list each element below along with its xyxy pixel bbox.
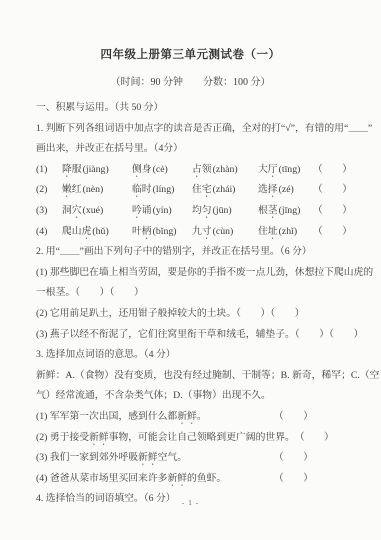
word-with-pinyin: 住宅(zhái): [192, 180, 258, 201]
word-with-pinyin: 吟诵(yín): [132, 201, 192, 222]
dotted-char: 寸: [202, 226, 212, 237]
pinyin-word-row: (3)洞穴(xué)吟诵(yín)均匀(jūn)根茎(jīng)（ ）: [36, 201, 353, 222]
dotted-char: 柄: [142, 226, 152, 237]
meaning-choice-item: (2) 勇于接受新鲜事物，可能会让自己领略到更广阔的世界。（ ）: [36, 428, 353, 449]
pinyin: (cè): [153, 164, 168, 175]
pinyin: (zhàn): [213, 164, 238, 175]
pinyin: (yín): [153, 205, 172, 216]
answer-blank: （ ）: [274, 448, 313, 469]
dotted-char: 新鲜: [138, 452, 158, 463]
pinyin-word-row: (4)爬山虎(hǔ)叶柄(bǐng)九寸(cùn)住址(zhǐ)（ ）: [36, 222, 353, 243]
dotted-char: 厅: [268, 164, 278, 175]
pinyin: (nèn): [83, 184, 104, 195]
dotted-char: 占: [192, 164, 202, 175]
sentence-line: (2) 它用前足趴土，还用钳子般掉较大的土块。（ ）（ ）: [36, 304, 353, 325]
dotted-char: 穴: [72, 205, 82, 216]
pinyin: (líng): [153, 184, 175, 195]
question2-sentences: (1) 那些脚巴在墙上相当劳固，要是你的手指不废一点儿劲，休想拉下爬山虎的一根茎…: [36, 263, 353, 345]
word-with-pinyin: 均匀(jūn): [192, 201, 258, 222]
time-score-subtitle: （时间：90 分钟 分数：100 分）: [0, 73, 381, 88]
dotted-char: 新鲜: [167, 473, 187, 484]
sentence-line: (3) 燕子以经不衔泥了，它们往窝里衔干草和绒毛，辅垫子。（ ）（ ）: [36, 325, 353, 346]
dotted-char: 匀: [202, 205, 212, 216]
paper-body: 一、积累与运用。（共 50 分） 1. 判断下列各组词语中加点字的读音是否正确，…: [36, 98, 353, 510]
item-sentence: (2) 勇于接受新鲜事物，可能会让自己领略到更广阔的世界。: [36, 428, 295, 449]
pinyin-word-row: (1)降服(jiàng)侧身(cè)占领(zhàn)大厅(tīng)（ ）: [36, 160, 353, 181]
pinyin: (cùn): [213, 226, 234, 237]
section-heading: 一、积累与运用。（共 50 分）: [36, 98, 353, 119]
pinyin: (hǔ): [92, 226, 108, 237]
word-with-pinyin: 根茎(jīng): [258, 201, 313, 222]
meaning-choice-item: (1) 军军第一次出国，感到什么都新鲜。（ ）: [36, 407, 353, 428]
dotted-char: 嫩: [62, 184, 72, 195]
dotted-char: 吟: [132, 205, 142, 216]
dotted-char: 降: [62, 164, 72, 175]
row-number: (4): [36, 222, 62, 243]
dotted-char: 择: [268, 184, 278, 195]
answer-blank: （ ）: [313, 180, 352, 201]
page-number: - 1 -: [0, 498, 381, 507]
word-with-pinyin: 九寸(cùn): [192, 222, 258, 243]
pinyin: (xué): [83, 205, 104, 216]
pinyin: (zhái): [213, 184, 236, 195]
pinyin: (bǐng): [153, 226, 177, 237]
sentence-line: (1) 那些脚巴在墙上相当劳固，要是你的手指不废一点儿劲，休想拉下爬山虎的: [36, 263, 353, 284]
dotted-char: 新鲜: [89, 432, 109, 443]
answer-blank: （ ）: [274, 407, 313, 428]
word-with-pinyin: 选择(zé): [258, 180, 313, 201]
dotted-char: 址: [268, 226, 278, 237]
document-title: 四年级上册第三单元测试卷（一）: [0, 0, 381, 62]
row-number: (1): [36, 160, 62, 181]
question3-definition-line1: 新鲜：A.（食物）没有变质，也没有经过腌制、干制等；B. 新奇，稀罕；C.（空: [36, 366, 353, 387]
pinyin: (tīng): [279, 164, 301, 175]
pinyin: (jīng): [279, 205, 301, 216]
meaning-choice-item: (3) 我们一家到郊外呼吸新鲜空气。（ ）: [36, 448, 353, 469]
question1-stem-line1: 1. 判断下列各组词语中加点字的读音是否正确，全对的打“√”，有错的用“＿＿”: [36, 119, 353, 140]
item-sentence: (4) 爸爸从菜市场里买回来许多新鲜的鱼虾。: [36, 469, 274, 490]
answer-blank: （ ）: [313, 222, 352, 243]
word-with-pinyin: 临时(líng): [132, 180, 192, 201]
answer-blank: （ ）: [313, 201, 352, 222]
question3-items: (1) 军军第一次出国，感到什么都新鲜。（ ）(2) 勇于接受新鲜事物，可能会让…: [36, 407, 353, 489]
dotted-char: 新鲜: [177, 411, 197, 422]
item-sentence: (3) 我们一家到郊外呼吸新鲜空气。: [36, 448, 274, 469]
dotted-char: 虎: [82, 226, 92, 237]
word-with-pinyin: 占领(zhàn): [192, 160, 258, 181]
item-sentence: (1) 军军第一次出国，感到什么都新鲜。: [36, 407, 274, 428]
word-with-pinyin: 降服(jiàng): [62, 160, 132, 181]
pinyin: (jiàng): [83, 164, 109, 175]
dotted-char: 临: [132, 184, 142, 195]
sentence-line: 一根茎。（ ）（ ）: [36, 283, 353, 304]
meaning-choice-item: (4) 爸爸从菜市场里买回来许多新鲜的鱼虾。（ ）: [36, 469, 353, 490]
pinyin: (zhǐ): [279, 226, 298, 237]
word-with-pinyin: 洞穴(xué): [62, 201, 132, 222]
word-with-pinyin: 侧身(cè): [132, 160, 192, 181]
question3-definition-line2: 气）经常流通，不含杂类气体；D.（事物）出现不久。: [36, 386, 353, 407]
pinyin: (zé): [279, 184, 294, 195]
word-with-pinyin: 嫩红(nèn): [62, 180, 132, 201]
dotted-char: 宅: [202, 184, 212, 195]
dotted-char: 茎: [268, 205, 278, 216]
answer-blank: （ ）: [313, 160, 352, 181]
question2-stem: 2. 用“＿＿”画出下列句子中的错别字，并改正在括号里。（6 分）: [36, 242, 353, 263]
word-with-pinyin: 叶柄(bǐng): [132, 222, 192, 243]
question1-stem-line2: 画出来，并改正在括号里。（4分）: [36, 139, 353, 160]
row-number: (3): [36, 201, 62, 222]
word-with-pinyin: 住址(zhǐ): [258, 222, 313, 243]
question3-stem: 3. 选择加点词语的意思。（4 分）: [36, 345, 353, 366]
row-number: (2): [36, 180, 62, 201]
answer-blank: （ ）: [295, 428, 334, 449]
test-paper-page: 四年级上册第三单元测试卷（一） （时间：90 分钟 分数：100 分） 一、积累…: [0, 0, 381, 540]
dotted-char: 侧: [132, 164, 142, 175]
pinyin: (jūn): [213, 205, 232, 216]
word-with-pinyin: 大厅(tīng): [258, 160, 313, 181]
pinyin-word-row: (2)嫩红(nèn)临时(líng)住宅(zhái)选择(zé)（ ）: [36, 180, 353, 201]
answer-blank: （ ）: [274, 469, 313, 490]
word-with-pinyin: 爬山虎(hǔ): [62, 222, 132, 243]
question1-pinyin-rows: (1)降服(jiàng)侧身(cè)占领(zhàn)大厅(tīng)（ ）(2)…: [36, 160, 353, 242]
